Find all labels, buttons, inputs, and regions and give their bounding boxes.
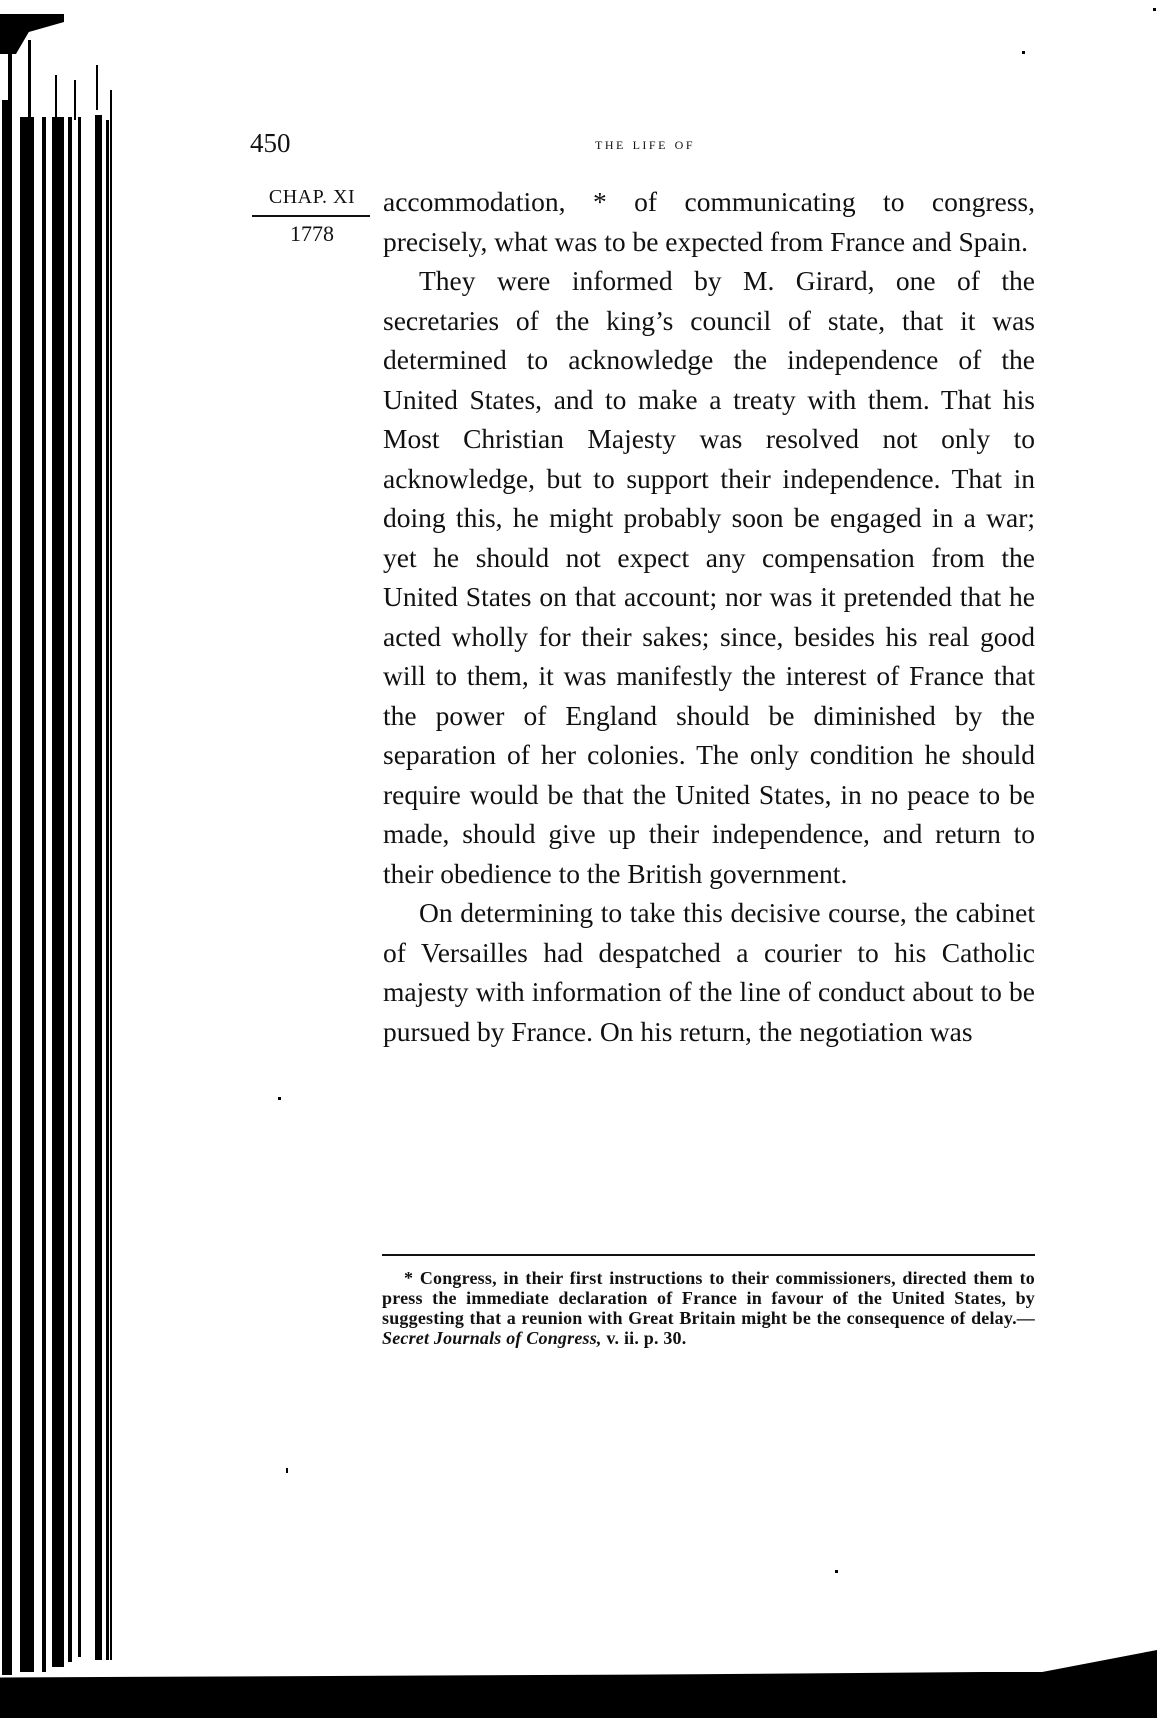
scan-bottom-shadow xyxy=(0,1672,1157,1718)
paragraph: accommodation, * of communicating to con… xyxy=(383,182,1035,261)
scan-speck xyxy=(278,1097,281,1100)
book-spine-scan-edge xyxy=(0,0,115,1718)
paragraph: They were informed by M. Girard, one of … xyxy=(383,261,1035,893)
footnote-marker: * xyxy=(404,1268,413,1288)
scan-speck xyxy=(1153,8,1156,11)
running-head: 450 THE LIFE OF xyxy=(250,128,1040,164)
footnote-citation-title: Secret Journals of Congress, xyxy=(382,1328,602,1348)
scan-speck xyxy=(1022,51,1025,54)
margin-rule xyxy=(252,215,370,217)
running-title: THE LIFE OF xyxy=(250,134,1040,154)
chapter-label: CHAP. XI xyxy=(252,186,372,209)
scan-speck xyxy=(835,1570,838,1573)
body-text: accommodation, * of communicating to con… xyxy=(383,182,1035,1051)
footnote-citation-ref: v. ii. p. 30. xyxy=(602,1328,687,1348)
year-label: 1778 xyxy=(252,221,372,247)
margin-note: CHAP. XI 1778 xyxy=(252,186,372,247)
footnote-rule xyxy=(382,1254,1035,1256)
scan-speck xyxy=(286,1468,288,1473)
footnote-text: Congress, in their first instructions to… xyxy=(382,1268,1035,1328)
paragraph: On determining to take this decisive cou… xyxy=(383,893,1035,1051)
footnote: * Congress, in their first instructions … xyxy=(382,1268,1035,1348)
